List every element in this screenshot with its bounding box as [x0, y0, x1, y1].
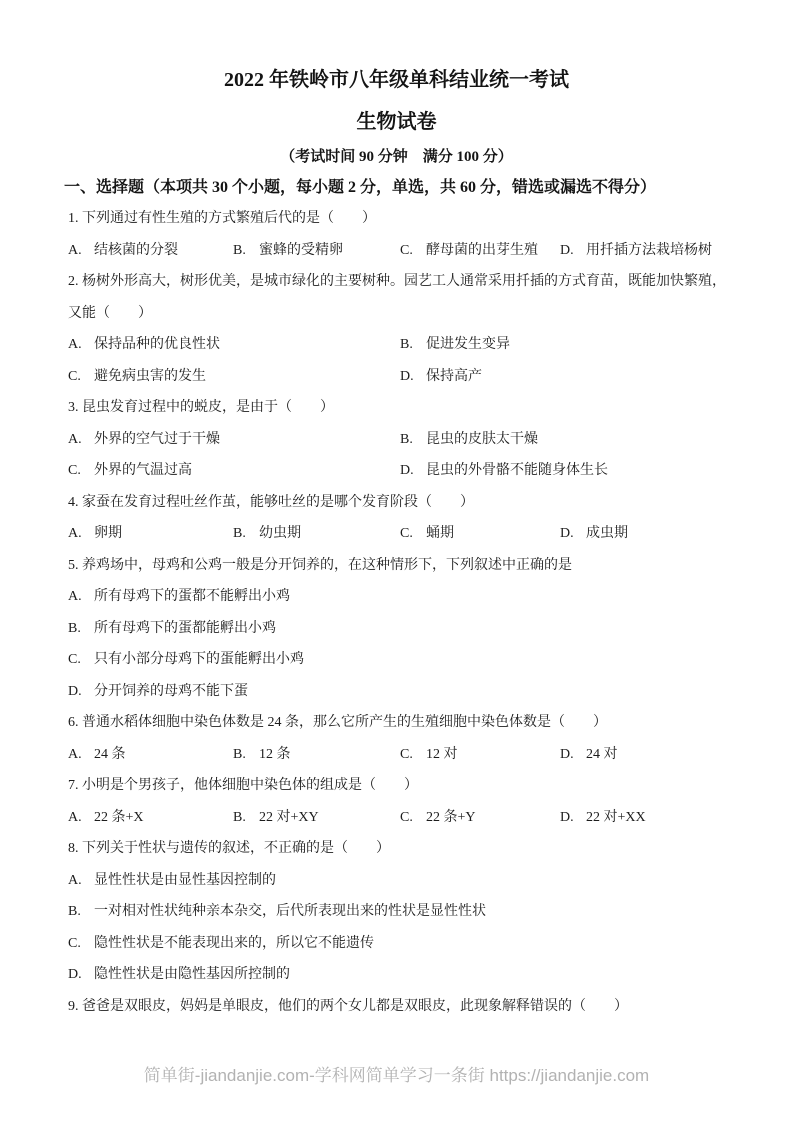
option-cell: A.显性性状是由显性基因控制的	[68, 865, 775, 897]
option-label: C.	[68, 644, 94, 676]
option-text: 隐性性状是不能表现出来的，所以它不能遗传	[94, 936, 374, 951]
question-stem: 又能（ ）	[68, 298, 775, 330]
option-label: B.	[400, 329, 426, 361]
option-label: B.	[233, 802, 259, 834]
option-cell: B.蜜蜂的受精卵	[233, 235, 400, 267]
option-row: B.所有母鸡下的蛋都能孵出小鸡	[68, 613, 775, 645]
option-label: B.	[233, 235, 259, 267]
option-label: C.	[400, 739, 426, 771]
option-text: 分开饲养的母鸡不能下蛋	[94, 684, 248, 699]
option-row: A.卵期B.幼虫期C.蛹期D.成虫期	[68, 518, 775, 550]
option-cell: A.24 条	[68, 739, 233, 771]
exam-title: 2022 年铁岭市八年级单科结业统一考试	[0, 0, 793, 94]
option-cell: D.22 对+XX	[560, 802, 775, 834]
option-cell: B.一对相对性状纯种亲本杂交，后代所表现出来的性状是显性性状	[68, 896, 775, 928]
option-cell: C.12 对	[400, 739, 560, 771]
option-row: A.外界的空气过于干燥B.昆虫的皮肤太干燥	[68, 424, 775, 456]
option-label: C.	[400, 518, 426, 550]
option-row: C.只有小部分母鸡下的蛋能孵出小鸡	[68, 644, 775, 676]
question-stem: 9. 爸爸是双眼皮，妈妈是单眼皮，他们的两个女儿都是双眼皮，此现象解释错误的（ …	[68, 991, 775, 1023]
option-text: 结核菌的分裂	[94, 243, 178, 258]
question-stem: 8. 下列关于性状与遗传的叙述，不正确的是（ ）	[68, 833, 775, 865]
option-text: 22 对+XY	[259, 810, 319, 825]
option-text: 避免病虫害的发生	[94, 369, 206, 384]
option-text: 昆虫的外骨骼不能随身体生长	[426, 463, 608, 478]
option-label: D.	[560, 235, 586, 267]
option-text: 显性性状是由显性基因控制的	[94, 873, 276, 888]
option-cell: D.隐性性状是由隐性基因所控制的	[68, 959, 775, 991]
option-cell: C.只有小部分母鸡下的蛋能孵出小鸡	[68, 644, 775, 676]
option-cell: B.所有母鸡下的蛋都能孵出小鸡	[68, 613, 775, 645]
question-stem: 2. 杨树外形高大，树形优美，是城市绿化的主要树种。园艺工人通常采用扦插的方式育…	[68, 266, 775, 298]
option-label: A.	[68, 865, 94, 897]
option-label: B.	[233, 739, 259, 771]
option-label: A.	[68, 235, 94, 267]
question-stem: 7. 小明是个男孩子，他体细胞中染色体的组成是（ ）	[68, 770, 775, 802]
option-row: A.显性性状是由显性基因控制的	[68, 865, 775, 897]
option-cell: B.促进发生变异	[400, 329, 775, 361]
option-label: A.	[68, 329, 94, 361]
option-label: A.	[68, 739, 94, 771]
option-cell: D.分开饲养的母鸡不能下蛋	[68, 676, 775, 708]
option-label: C.	[68, 455, 94, 487]
option-cell: B.12 条	[233, 739, 400, 771]
option-label: A.	[68, 518, 94, 550]
option-text: 所有母鸡下的蛋都能孵出小鸡	[94, 621, 276, 636]
option-cell: D.保持高产	[400, 361, 775, 393]
option-text: 酵母菌的出芽生殖	[426, 243, 538, 258]
question-stem: 5. 养鸡场中，母鸡和公鸡一般是分开饲养的，在这种情形下，下列叙述中正确的是	[68, 550, 775, 582]
option-text: 12 条	[259, 747, 291, 762]
exam-info-line: （考试时间 90 分钟 满分 100 分）	[0, 146, 793, 168]
question-stem: 4. 家蚕在发育过程吐丝作茧，能够吐丝的是哪个发育阶段（ ）	[68, 487, 775, 519]
option-text: 保持品种的优良性状	[94, 337, 220, 352]
option-text: 隐性性状是由隐性基因所控制的	[94, 967, 290, 982]
question-stem: 3. 昆虫发育过程中的蜕皮，是由于（ ）	[68, 392, 775, 424]
option-text: 22 条+Y	[426, 810, 476, 825]
option-text: 12 对	[426, 747, 458, 762]
option-label: C.	[68, 361, 94, 393]
option-text: 24 对	[586, 747, 618, 762]
option-cell: C.22 条+Y	[400, 802, 560, 834]
option-row: D.分开饲养的母鸡不能下蛋	[68, 676, 775, 708]
section-heading: 一、选择题（本项共 30 个小题，每小题 2 分，单选，共 60 分，错选或漏选…	[64, 176, 793, 200]
option-label: B.	[68, 613, 94, 645]
option-row: C.外界的气温过高D.昆虫的外骨骼不能随身体生长	[68, 455, 775, 487]
option-label: A.	[68, 802, 94, 834]
option-cell: D.用扦插方法栽培杨树	[560, 235, 775, 267]
question-stem: 1. 下列通过有性生殖的方式繁殖后代的是（ ）	[68, 203, 775, 235]
option-row: A.22 条+XB.22 对+XYC.22 条+YD.22 对+XX	[68, 802, 775, 834]
option-cell: B.幼虫期	[233, 518, 400, 550]
option-row: C.避免病虫害的发生D.保持高产	[68, 361, 775, 393]
option-label: C.	[68, 928, 94, 960]
option-cell: C.蛹期	[400, 518, 560, 550]
question-stem: 6. 普通水稻体细胞中染色体数是 24 条，那么它所产生的生殖细胞中染色体数是（…	[68, 707, 775, 739]
option-cell: C.隐性性状是不能表现出来的，所以它不能遗传	[68, 928, 775, 960]
option-cell: C.避免病虫害的发生	[68, 361, 400, 393]
option-text: 蛹期	[426, 526, 454, 541]
option-text: 所有母鸡下的蛋都不能孵出小鸡	[94, 589, 290, 604]
option-text: 成虫期	[586, 526, 628, 541]
option-text: 24 条	[94, 747, 126, 762]
option-cell: B.昆虫的皮肤太干燥	[400, 424, 775, 456]
option-label: A.	[68, 424, 94, 456]
option-text: 22 条+X	[94, 810, 144, 825]
option-label: B.	[233, 518, 259, 550]
option-text: 外界的气温过高	[94, 463, 192, 478]
option-row: A.所有母鸡下的蛋都不能孵出小鸡	[68, 581, 775, 613]
option-text: 22 对+XX	[586, 810, 646, 825]
option-text: 卵期	[94, 526, 122, 541]
option-cell: A.所有母鸡下的蛋都不能孵出小鸡	[68, 581, 775, 613]
option-label: D.	[560, 518, 586, 550]
option-cell: A.22 条+X	[68, 802, 233, 834]
option-label: A.	[68, 581, 94, 613]
option-label: C.	[400, 235, 426, 267]
option-text: 幼虫期	[259, 526, 301, 541]
option-label: B.	[400, 424, 426, 456]
option-text: 保持高产	[426, 369, 482, 384]
option-cell: D.24 对	[560, 739, 775, 771]
option-cell: D.成虫期	[560, 518, 775, 550]
option-text: 一对相对性状纯种亲本杂交，后代所表现出来的性状是显性性状	[94, 904, 486, 919]
question-list: 1. 下列通过有性生殖的方式繁殖后代的是（ ）A.结核菌的分裂B.蜜蜂的受精卵C…	[0, 203, 793, 1022]
option-text: 促进发生变异	[426, 337, 510, 352]
option-label: C.	[400, 802, 426, 834]
option-cell: A.外界的空气过于干燥	[68, 424, 400, 456]
option-text: 用扦插方法栽培杨树	[586, 243, 712, 258]
option-label: D.	[400, 361, 426, 393]
watermark-footer: 简单街-jiandanjie.com-学科网简单学习一条街 https://ji…	[0, 1064, 793, 1088]
option-row: A.结核菌的分裂B.蜜蜂的受精卵C.酵母菌的出芽生殖D.用扦插方法栽培杨树	[68, 235, 775, 267]
exam-paper-page: 2022 年铁岭市八年级单科结业统一考试 生物试卷 （考试时间 90 分钟 满分…	[0, 0, 793, 1122]
option-label: D.	[560, 739, 586, 771]
option-label: D.	[560, 802, 586, 834]
option-row: B.一对相对性状纯种亲本杂交，后代所表现出来的性状是显性性状	[68, 896, 775, 928]
option-text: 昆虫的皮肤太干燥	[426, 432, 538, 447]
option-label: D.	[68, 959, 94, 991]
option-label: B.	[68, 896, 94, 928]
option-text: 只有小部分母鸡下的蛋能孵出小鸡	[94, 652, 304, 667]
option-cell: D.昆虫的外骨骼不能随身体生长	[400, 455, 775, 487]
option-row: A.24 条B.12 条C.12 对D.24 对	[68, 739, 775, 771]
option-cell: C.酵母菌的出芽生殖	[400, 235, 560, 267]
exam-subject-title: 生物试卷	[0, 108, 793, 136]
option-cell: A.保持品种的优良性状	[68, 329, 400, 361]
option-cell: A.结核菌的分裂	[68, 235, 233, 267]
option-text: 外界的空气过于干燥	[94, 432, 220, 447]
option-label: D.	[400, 455, 426, 487]
option-label: D.	[68, 676, 94, 708]
option-cell: C.外界的气温过高	[68, 455, 400, 487]
option-text: 蜜蜂的受精卵	[259, 243, 343, 258]
option-cell: B.22 对+XY	[233, 802, 400, 834]
option-cell: A.卵期	[68, 518, 233, 550]
option-row: A.保持品种的优良性状B.促进发生变异	[68, 329, 775, 361]
option-row: C.隐性性状是不能表现出来的，所以它不能遗传	[68, 928, 775, 960]
option-row: D.隐性性状是由隐性基因所控制的	[68, 959, 775, 991]
